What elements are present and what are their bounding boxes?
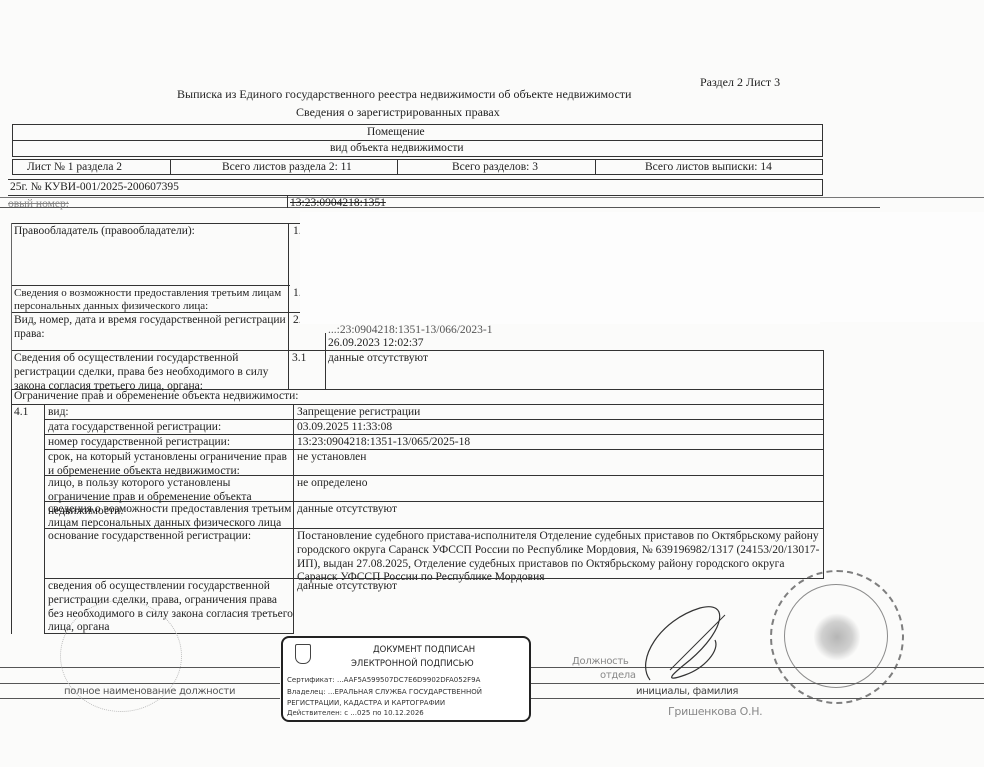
official-seal [770, 570, 904, 704]
enc-reg-date-value: 03.09.2025 11:33:08 [297, 421, 392, 435]
emblem-icon [295, 644, 311, 664]
enc-third-party-value: данные отсутствуют [297, 503, 397, 517]
enc-third-party-label: сведения о возможности предоставления тр… [48, 503, 293, 531]
enc-type-label: вид: [48, 406, 69, 420]
total-sheets-section: Всего листов раздела 2: 11 [222, 161, 352, 174]
enc-reg-number-label: номер государственной регистрации: [48, 436, 230, 450]
object-type-label: вид объекта недвижимости [330, 142, 464, 155]
enc-type-value: Запрещение регистрации [297, 406, 420, 420]
enc-basis-value: Постановление судебного пристава-исполни… [297, 530, 825, 585]
cadastral-label: овый номер: [8, 198, 69, 211]
document-title: Выписка из Единого государственного реес… [177, 88, 631, 102]
third-party-data-label: Сведения о возможности предоставления тр… [14, 287, 288, 313]
stamp-line1: ДОКУМЕНТ ПОДПИСАН [373, 646, 475, 656]
stamp-certificate: Сертификат: ...AAF5A599507DC7E6D9902DFA0… [287, 676, 480, 684]
faint-seal [60, 600, 182, 712]
handwritten-signature [630, 600, 740, 690]
stamp-owner-line1: Владелец: ...ЕРАЛЬНАЯ СЛУЖБА ГОСУДАРСТВЕ… [287, 688, 482, 696]
total-sheets-extract: Всего листов выписки: 14 [645, 161, 772, 174]
sheet-number: Лист № 1 раздела 2 [27, 161, 122, 174]
deal-consent-num: 3.1 [292, 352, 306, 366]
registration-label: Вид, номер, дата и время государственной… [14, 314, 286, 342]
object-type-value: Помещение [367, 126, 425, 139]
stamp-owner-line2: РЕГИСТРАЦИИ, КАДАСТРА И КАРТОГРАФИИ [287, 699, 445, 707]
owner-label: Правообладатель (правообладатели): [14, 225, 284, 239]
deal-consent-label: Сведения об осуществлении государственно… [14, 352, 274, 393]
enc-reg-number-value: 13:23:0904218:1351-13/065/2025-18 [297, 436, 470, 450]
deal-consent-value: данные отсутствуют [328, 352, 428, 366]
enc-basis-label: основание государственной регистрации: [48, 530, 251, 544]
document-subtitle: Сведения о зарегистрированных правах [296, 106, 500, 120]
extract-number: 25г. № КУВИ-001/2025-200607395 [10, 181, 179, 194]
total-sections: Всего разделов: 3 [452, 161, 538, 174]
stamp-line2: ЭЛЕКТРОННОЙ ПОДПИСЬЮ [351, 660, 474, 670]
double-headed-eagle-icon [814, 612, 860, 662]
electronic-signature-stamp: ДОКУМЕНТ ПОДПИСАН ЭЛЕКТРОННОЙ ПОДПИСЬЮ С… [281, 636, 531, 722]
label-column-border [288, 223, 289, 389]
enc-deal-consent-value: данные отсутствуют [297, 580, 397, 594]
encumbrance-title: Ограничение прав и обременение объекта н… [14, 390, 298, 404]
section-sheet-label: Раздел 2 Лист 3 [700, 76, 780, 90]
registration-number: ...:23:0904218:1351-13/066/2023-1 [328, 324, 493, 338]
dolzhnost-label: Должность [572, 656, 629, 668]
registration-datetime: 26.09.2023 12:02:37 [328, 337, 424, 351]
enc-beneficiary-value: не определено [297, 477, 367, 491]
stamp-validity: Действителен: с ...025 по 10.12.2026 [287, 709, 424, 717]
cadastral-number: 13:23:0904218:1351 [290, 197, 386, 210]
enc-term-value: не установлен [297, 451, 366, 465]
enc-reg-date-label: дата государственной регистрации: [48, 421, 221, 435]
signer-name: Гришенкова О.Н. [668, 706, 762, 719]
encumbrance-num: 4.1 [14, 406, 28, 420]
